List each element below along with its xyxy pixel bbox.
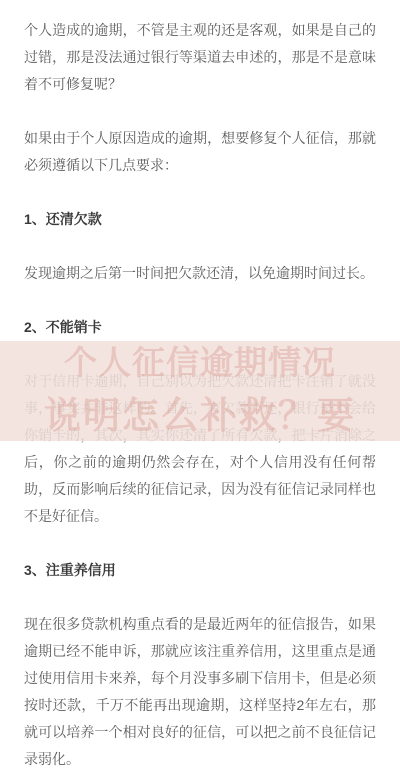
paragraph: 发现逾期之后第一时间把欠款还清，以免逾期时间过长。 [24,260,376,287]
paragraph: 现在很多贷款机构重点看的是最近两年的征信报告，如果逾期已经不能申诉，那就应该注重… [24,611,376,773]
section-heading: 3、注重养信用 [24,557,376,584]
paragraph: 如果由于个人原因造成的逾期，想要修复个人征信，那就必须遵循以下几点要求： [24,125,376,179]
section-heading: 2、不能销卡 [24,314,376,341]
article-page: { "page": { "background": "#ffffff", "bo… [0,0,400,779]
paragraph: 个人造成的逾期，不管是主观的还是客观，如果是自己的过错，那是没法通过银行等渠道去… [24,17,376,98]
article-body: 个人造成的逾期，不管是主观的还是客观，如果是自己的过错，那是没法通过银行等渠道去… [0,0,400,773]
paragraph: 对于信用卡逾期，自己别以为把欠款还清把卡注销了就没事，事实并非这样的。首先，有欠… [24,368,376,530]
section-heading: 1、还清欠款 [24,206,376,233]
